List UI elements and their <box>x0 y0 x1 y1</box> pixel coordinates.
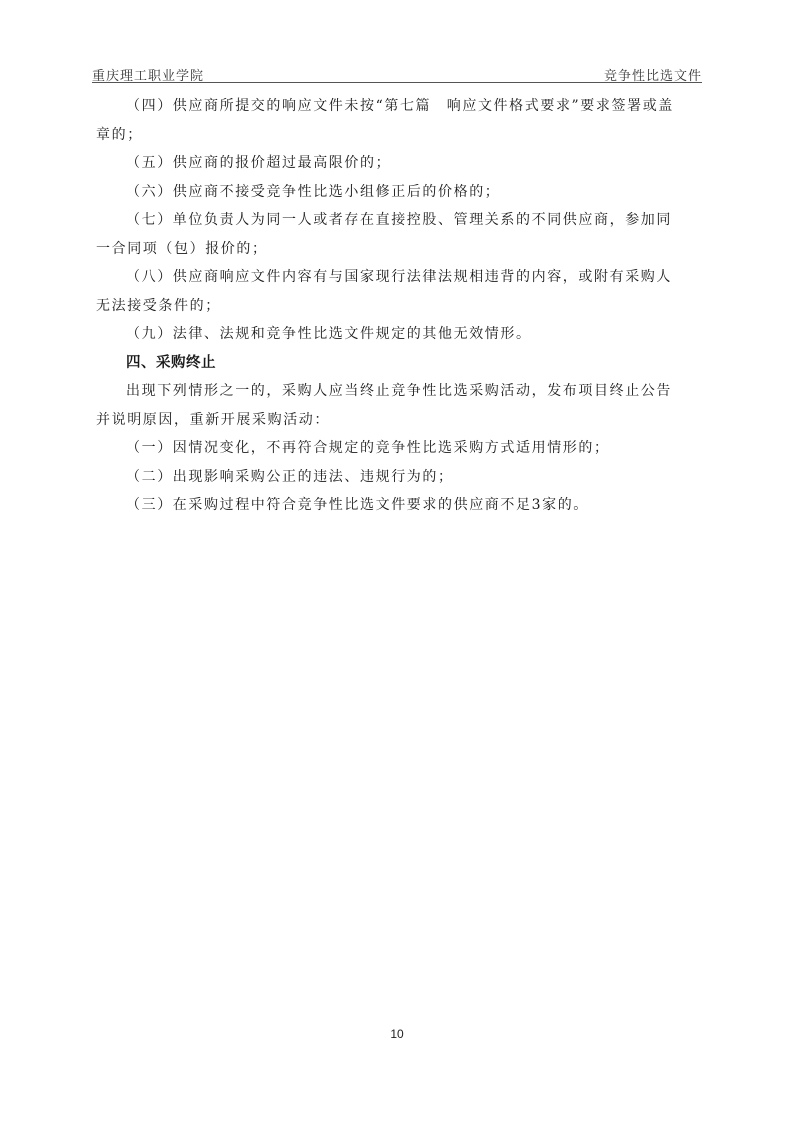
list-item: （一）因情况变化，不再符合规定的竞争性比选采购方式适用情形的； <box>96 434 700 463</box>
paragraph-line: （七）单位负责人为同一人或者存在直接控股、管理关系的不同供应商，参加同 <box>96 206 700 235</box>
paragraph-line: （六）供应商不接受竞争性比选小组修正后的价格的； <box>96 178 700 207</box>
section-heading: 四、采购终止 <box>96 349 700 378</box>
paragraph-line: 章的； <box>96 121 700 150</box>
paragraph-line: 出现下列情形之一的，采购人应当终止竞争性比选采购活动，发布项目终止公告 <box>96 377 700 406</box>
page-number: 10 <box>0 1027 794 1041</box>
list-item: （二）出现影响采购公正的违法、违规行为的； <box>96 463 700 492</box>
header-divider <box>92 82 702 83</box>
page-header: 重庆理工职业学院 竞争性比选文件 <box>92 58 702 84</box>
paragraph-line: （八）供应商响应文件内容有与国家现行法律法规相违背的内容，或附有采购人 <box>96 263 700 292</box>
paragraph-line: （五）供应商的报价超过最高限价的； <box>96 149 700 178</box>
list-item: （三）在采购过程中符合竞争性比选文件要求的供应商不足3家的。 <box>96 491 700 520</box>
paragraph-line: 一合同项（包）报价的； <box>96 235 700 264</box>
paragraph-line: 无法接受条件的； <box>96 292 700 321</box>
document-body: （四）供应商所提交的响应文件未按“第七篇 响应文件格式要求”要求签署或盖 章的；… <box>96 92 700 520</box>
paragraph-line: （四）供应商所提交的响应文件未按“第七篇 响应文件格式要求”要求签署或盖 <box>96 92 700 121</box>
paragraph-line: 并说明原因，重新开展采购活动： <box>96 406 700 435</box>
paragraph-line: （九）法律、法规和竞争性比选文件规定的其他无效情形。 <box>96 320 700 349</box>
